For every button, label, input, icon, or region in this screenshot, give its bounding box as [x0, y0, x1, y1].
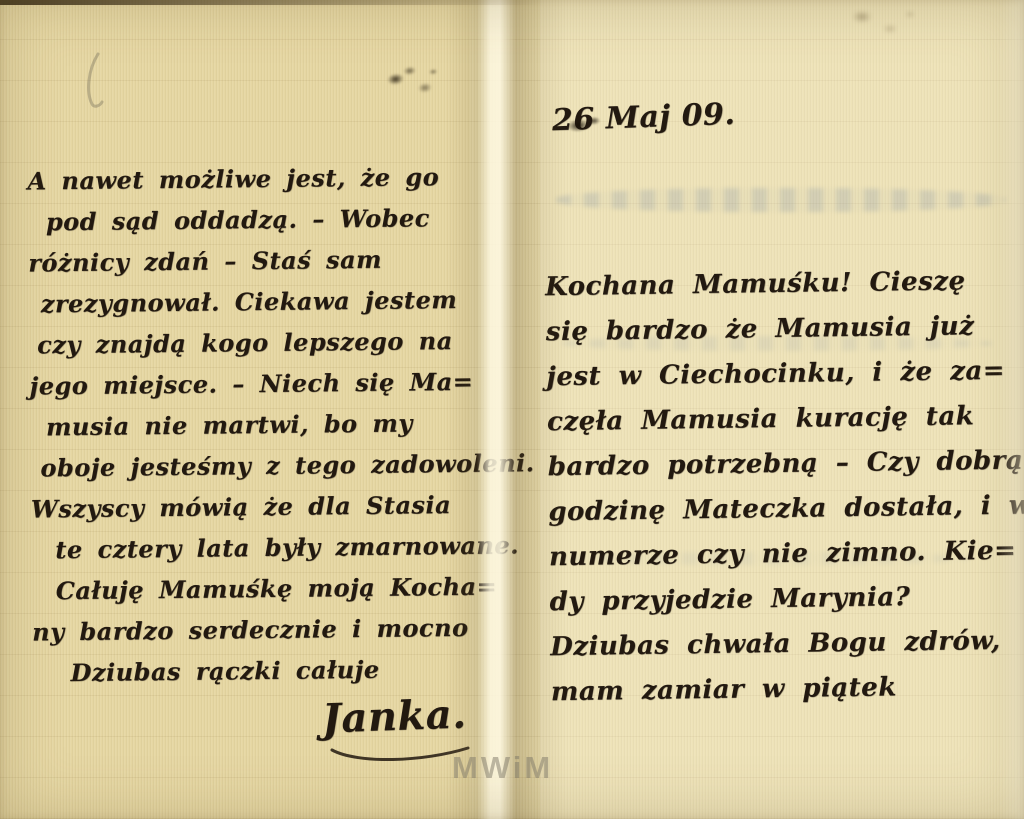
- ink-smudge: [838, 0, 918, 48]
- text-line: Wszyscy mówią że dla Stasia: [31, 484, 505, 530]
- text-line: zrezygnował. Ciekawa jestem: [41, 279, 503, 325]
- text-line: różnicy zdań – Staś sam: [28, 238, 502, 284]
- signature: Janka.: [321, 690, 467, 742]
- text-line: oboje jesteśmy z tego zadowoleni.: [40, 443, 504, 489]
- text-line: pod sąd oddadzą. – Wobec: [46, 197, 502, 243]
- text-line: czy znajdą kogo lepszego na: [37, 320, 503, 366]
- right-page: Kochana Mamuśku! Cieszę się bardzo że Ma…: [545, 259, 1013, 715]
- scan-edge: [0, 0, 545, 5]
- text-line: A nawet możliwe jest, że go: [27, 156, 501, 202]
- text-line: częła Mamusia kurację tak: [547, 394, 1010, 445]
- text-line: jego miejsce. – Niech się Ma=: [29, 361, 503, 407]
- text-line: bardzo potrzebną – Czy dobrą: [547, 439, 1010, 490]
- text-line: mam zamiar w piątek: [551, 664, 1014, 715]
- letter-scan: A nawet możliwe jest, że go pod sąd odda…: [0, 0, 1024, 819]
- text-line: Dziubas rączki całuje: [70, 648, 506, 694]
- text-line: musia nie martwi, bo my: [46, 402, 504, 448]
- left-page: A nawet możliwe jest, że go pod sąd odda…: [27, 156, 507, 694]
- pencil-mark: [76, 50, 116, 114]
- text-line: te cztery lata były zmarnowane.: [55, 525, 505, 571]
- text-line: Kochana Mamuśku! Cieszę: [545, 259, 1008, 310]
- ink-bleed-band: [556, 188, 1006, 212]
- text-line: numerze czy nie zimno. Kie=: [549, 529, 1012, 580]
- letter-date: 26 Maj 09.: [551, 97, 735, 138]
- ink-smudge: [380, 54, 443, 104]
- text-line: się bardzo że Mamusia już: [546, 304, 1009, 355]
- text-line: godzinę Mateczka dostała, i w: [548, 484, 1011, 535]
- text-line: ny bardzo serdecznie i mocno: [32, 607, 506, 653]
- text-line: jest w Ciechocinku, i że za=: [546, 349, 1009, 400]
- archive-watermark: MWiM: [452, 750, 553, 786]
- text-line: Dziubas chwała Bogu zdrów,: [550, 619, 1013, 670]
- text-line: dy przyjedzie Marynia?: [549, 574, 1012, 625]
- text-line: Całuję Mamuśkę moją Kocha=: [56, 566, 506, 612]
